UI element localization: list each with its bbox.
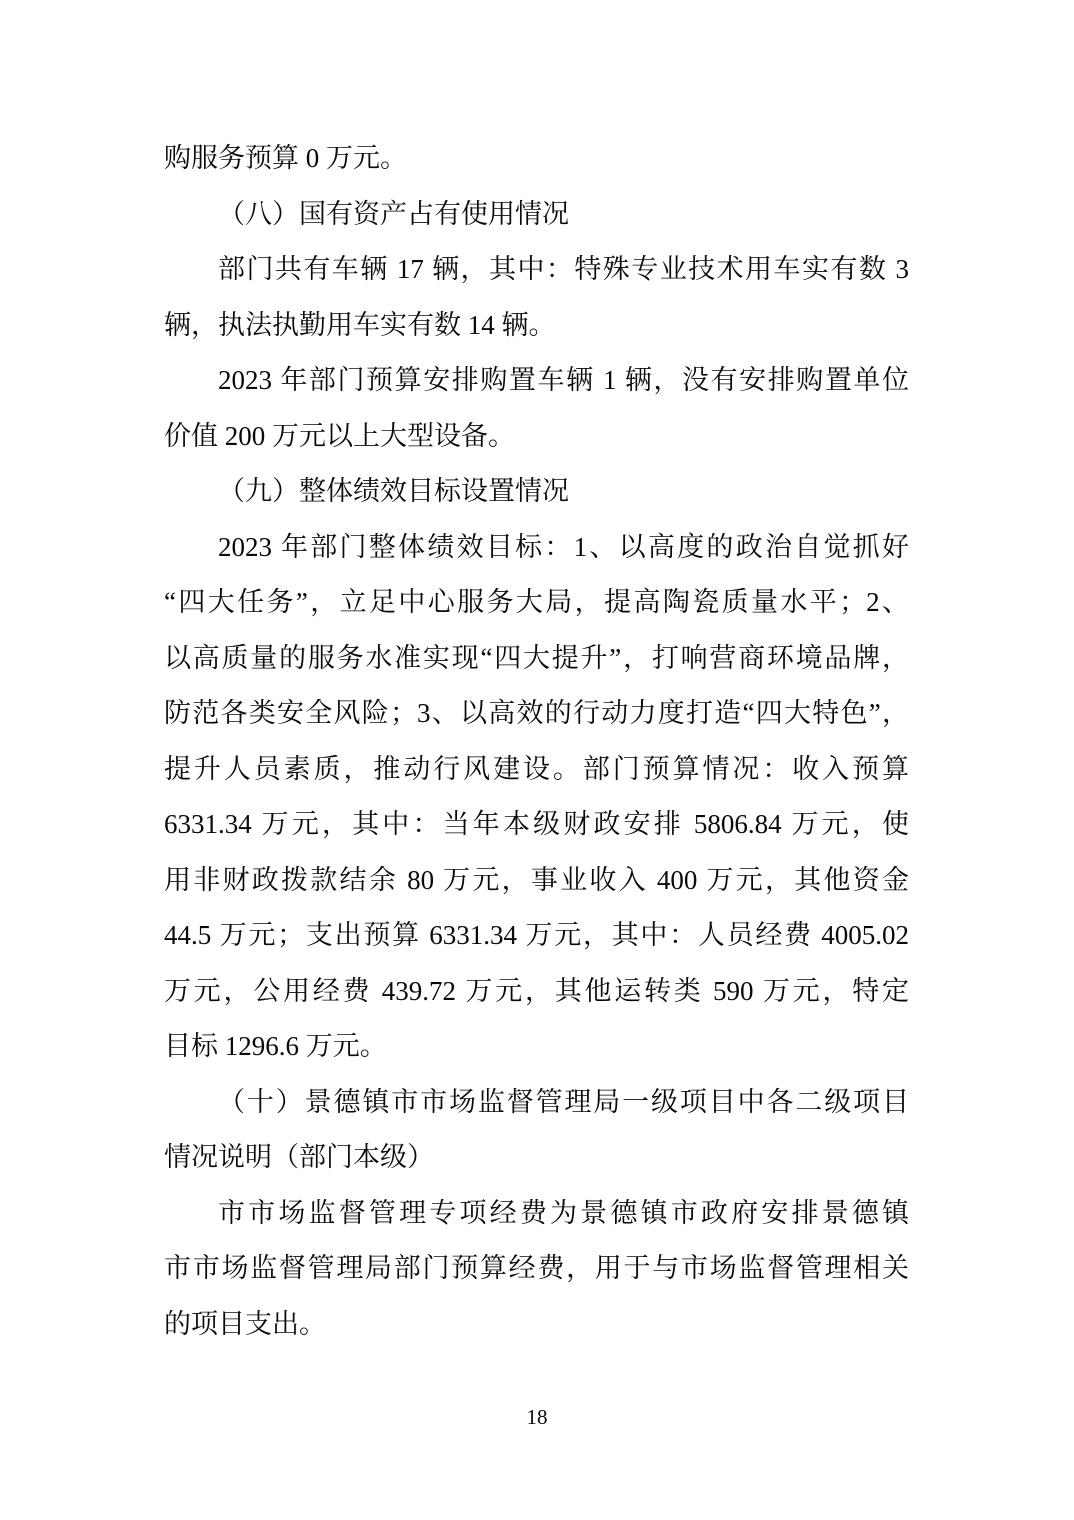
document-content: 购服务预算 0 万元。（八）国有资产占有使用情况部门共有车辆 17 辆，其中：特… [164, 131, 909, 1352]
heading-line: （十）景德镇市市场监督管理局一级项目中各二级项目 [164, 1075, 909, 1131]
text-line: 用非财政拨款结余 80 万元，事业收入 400 万元，其他资金 [164, 853, 909, 909]
text-line: “四大任务”，立足中心服务大局，提高陶瓷质量水平；2、 [164, 575, 909, 631]
text-line: 万元，公用经费 439.72 万元，其他运转类 590 万元，特定 [164, 964, 909, 1020]
text-line: 2023 年部门预算安排购置车辆 1 辆，没有安排购置单位 [164, 353, 909, 409]
text-line: 市市场监督管理专项经费为景德镇市政府安排景德镇 [164, 1186, 909, 1242]
text-line: 6331.34 万元，其中：当年本级财政安排 5806.84 万元，使 [164, 797, 909, 853]
document-page: 购服务预算 0 万元。（八）国有资产占有使用情况部门共有车辆 17 辆，其中：特… [0, 0, 1074, 1520]
heading-line: （九）整体绩效目标设置情况 [164, 464, 909, 520]
page-number: 18 [0, 1404, 1074, 1430]
heading-line: 情况说明（部门本级） [164, 1130, 909, 1186]
text-line: 购服务预算 0 万元。 [164, 131, 909, 187]
text-line: 防范各类安全风险；3、以高效的行动力度打造“四大特色”， [164, 686, 909, 742]
text-line: 目标 1296.6 万元。 [164, 1019, 909, 1075]
text-line: 提升人员素质，推动行风建设。部门预算情况：收入预算 [164, 742, 909, 798]
text-line: 部门共有车辆 17 辆，其中：特殊专业技术用车实有数 3 [164, 242, 909, 298]
heading-line: （八）国有资产占有使用情况 [164, 187, 909, 243]
text-line: 44.5 万元；支出预算 6331.34 万元，其中：人员经费 4005.02 [164, 908, 909, 964]
text-line: 辆，执法执勤用车实有数 14 辆。 [164, 298, 909, 354]
text-line: 价值 200 万元以上大型设备。 [164, 409, 909, 465]
text-line: 以高质量的服务水准实现“四大提升”，打响营商环境品牌， [164, 631, 909, 687]
text-line: 的项目支出。 [164, 1297, 909, 1353]
text-line: 市市场监督管理局部门预算经费，用于与市场监督管理相关 [164, 1241, 909, 1297]
text-line: 2023 年部门整体绩效目标：1、以高度的政治自觉抓好 [164, 520, 909, 576]
